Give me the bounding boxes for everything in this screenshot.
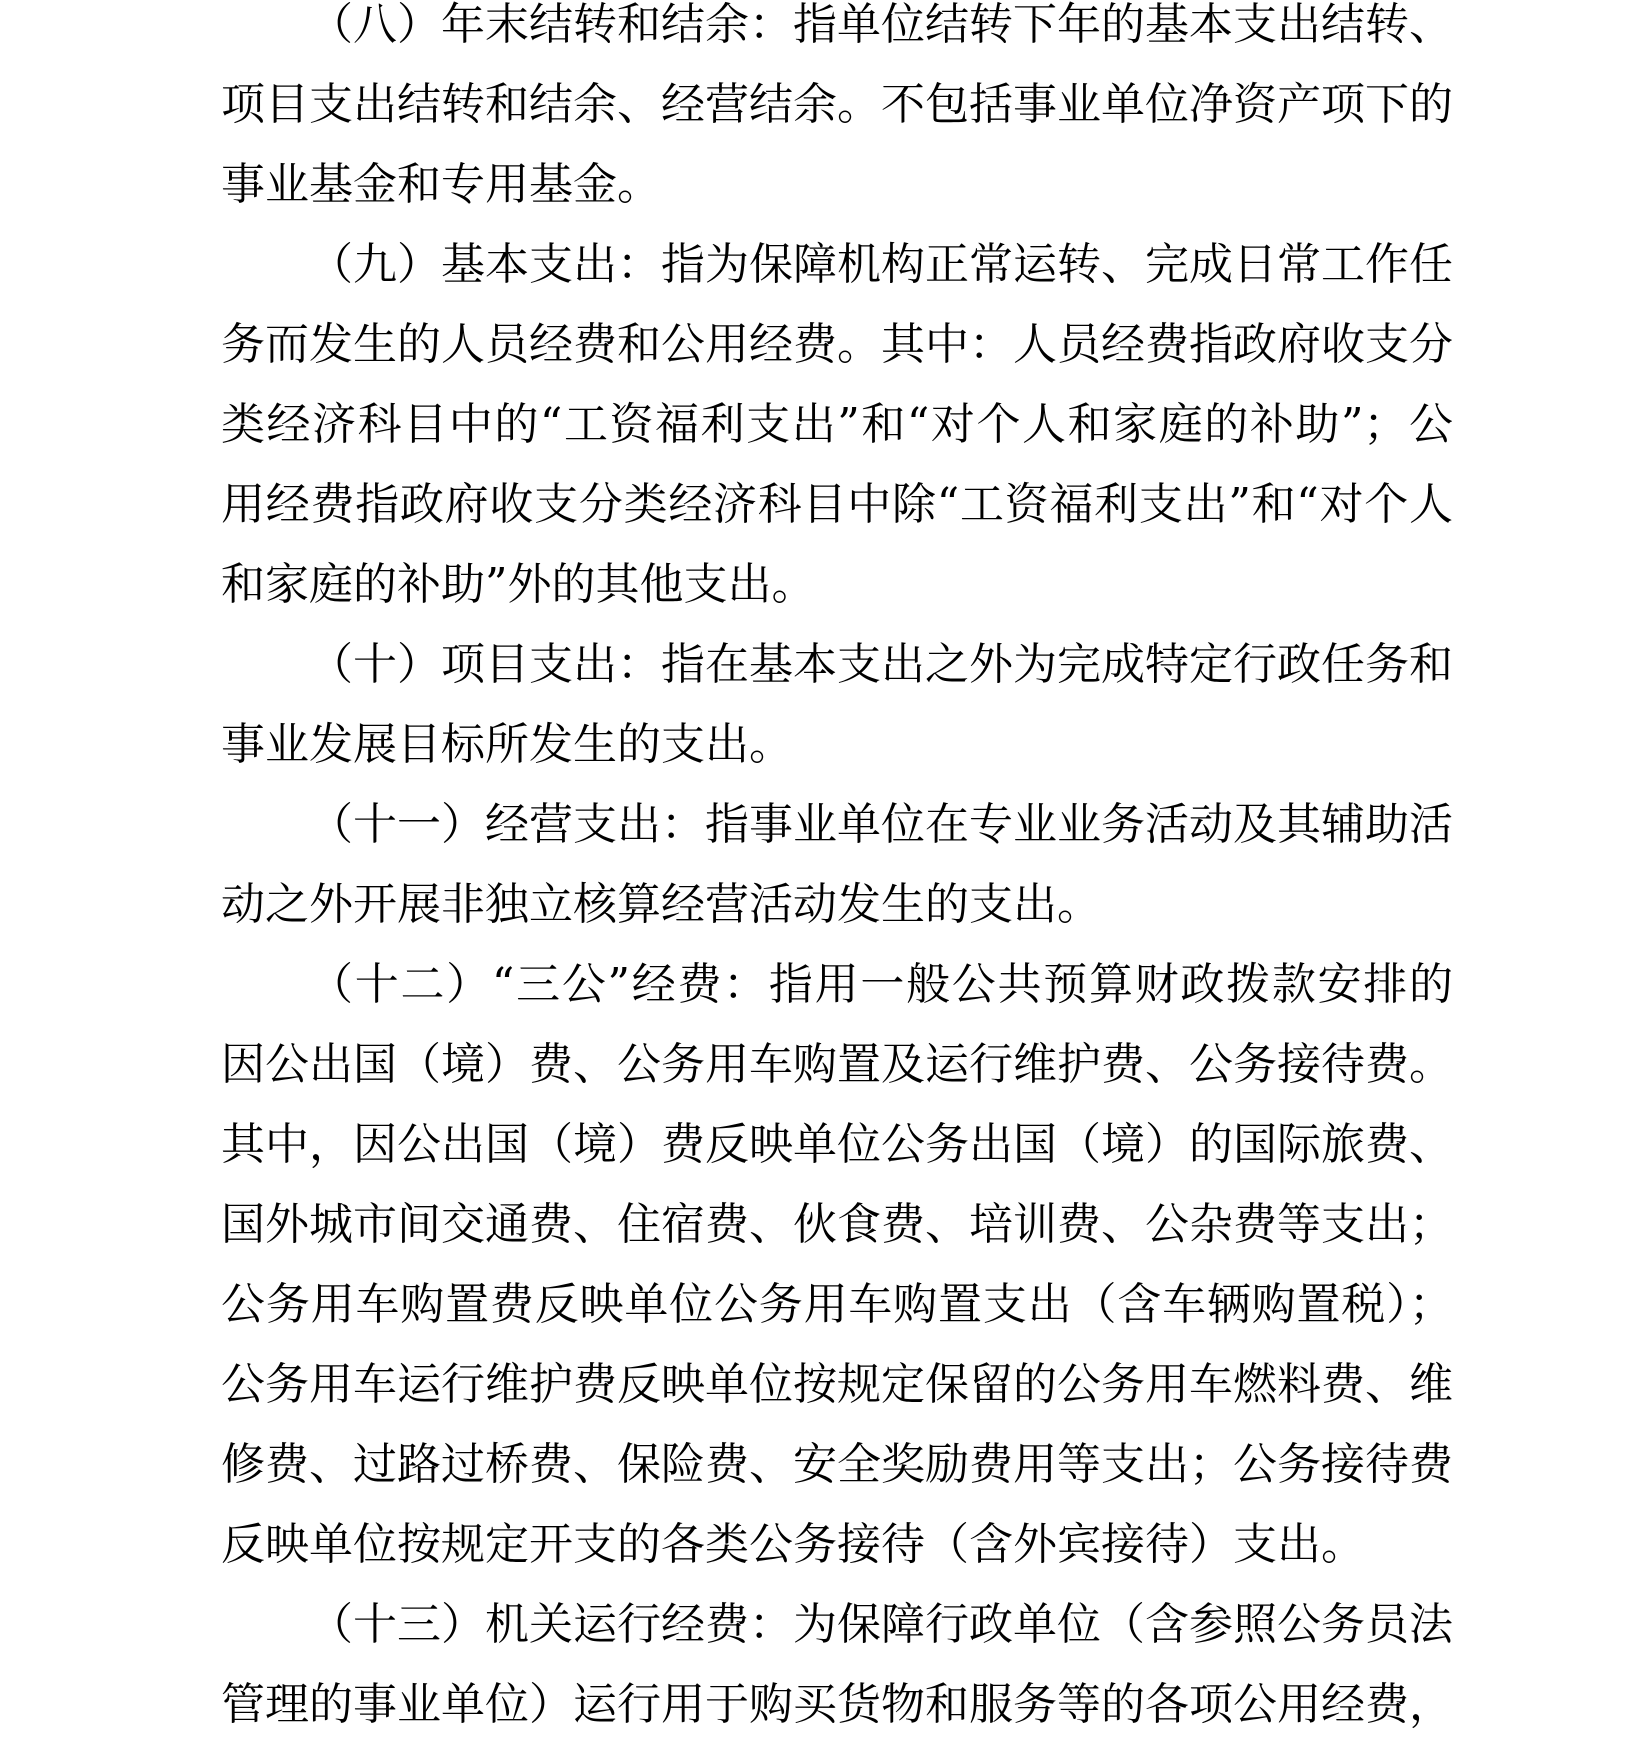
- paragraph-item-8-year-end-carryover: （八）年末结转和结余：指单位结转下年的基本支出结转、项目支出结转和结余、经营结余…: [221, 0, 1453, 225]
- paragraph-item-9-basic-expenditure: （九）基本支出：指为保障机构正常运转、完成日常工作任务而发生的人员经费和公用经费…: [221, 225, 1453, 625]
- paragraph-item-10-project-expenditure: （十）项目支出：指在基本支出之外为完成特定行政任务和事业发展目标所发生的支出。: [221, 625, 1453, 785]
- document-page: （八）年末结转和结余：指单位结转下年的基本支出结转、项目支出结转和结余、经营结余…: [0, 0, 1642, 1759]
- paragraph-item-12-three-public-funds: （十二）“三公”经费：指用一般公共预算财政拨款安排的因公出国（境）费、公务用车购…: [221, 945, 1453, 1585]
- paragraph-container: （八）年末结转和结余：指单位结转下年的基本支出结转、项目支出结转和结余、经营结余…: [221, 0, 1453, 1745]
- paragraph-item-11-operating-expenditure: （十一）经营支出：指事业单位在专业业务活动及其辅助活动之外开展非独立核算经营活动…: [221, 785, 1453, 945]
- paragraph-item-13-agency-operating-funds: （十三）机关运行经费：为保障行政单位（含参照公务员法管理的事业单位）运行用于购买…: [221, 1585, 1453, 1745]
